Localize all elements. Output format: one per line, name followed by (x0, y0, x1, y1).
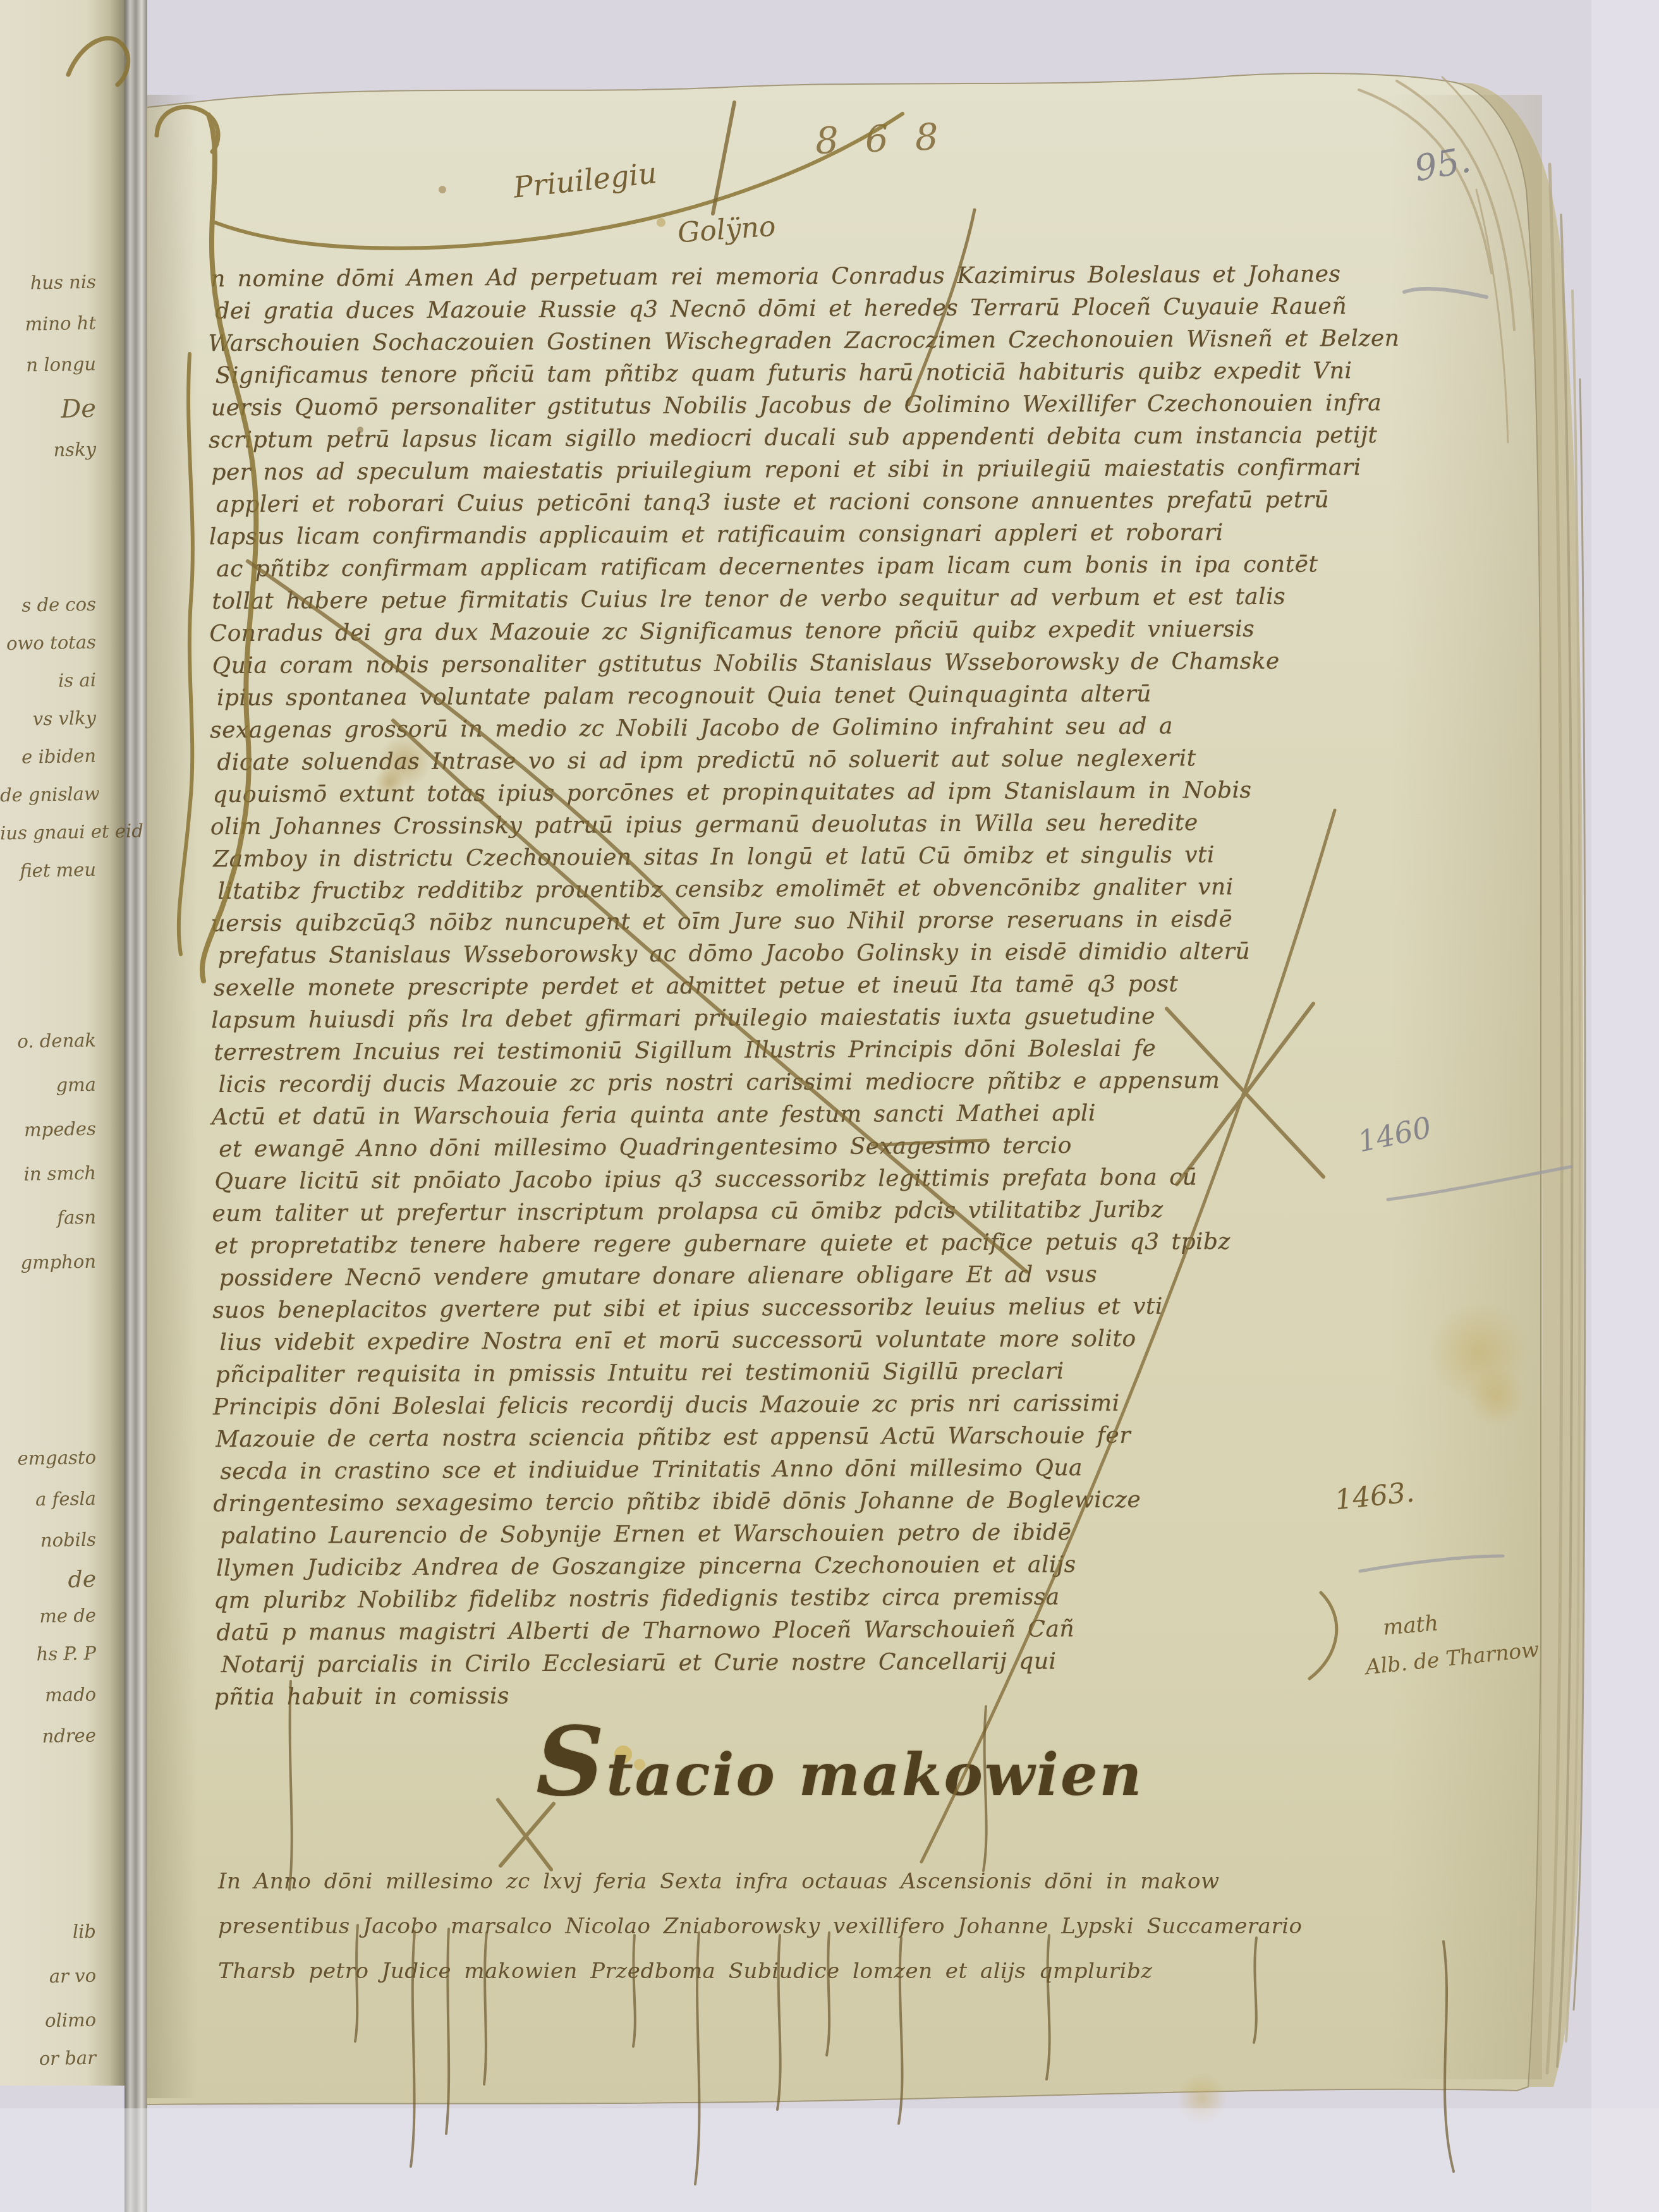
archival-number: 868 (815, 114, 966, 162)
manuscript-line: lius videbit expedire Nostra enī et morū… (219, 1322, 1420, 1359)
manuscript-line: Conradus dei gra dux Mazouie zc Signific… (209, 612, 1410, 650)
manuscript-line: dicate soluendas Intrase vo si ad ipm pr… (217, 741, 1418, 779)
facing-fragment: hus nis (0, 271, 96, 295)
facing-fragment: nobils (0, 1529, 96, 1552)
facing-fragment: olimo (0, 2009, 96, 2033)
facing-fragment: mino ht (0, 312, 96, 336)
manuscript-line: uersis quibzcūq3 nōibz nuncupent et oīm … (210, 902, 1411, 940)
manuscript-line: appleri et roborari Cuius peticōni tanq3… (216, 483, 1417, 521)
manuscript-scan: hus nis mino ht n longu De nsky s de cos… (0, 0, 1659, 2212)
manuscript-line: Mazouie de certa nostra sciencia pñtibz … (216, 1418, 1416, 1455)
manuscript-line: dei gratia duces Mazouie Russie q3 Necnō… (215, 290, 1416, 327)
facing-fragment: or bar (0, 2047, 96, 2070)
manuscript-line: licis recordij ducis Mazouie zc pris nos… (219, 1064, 1419, 1101)
facing-fragment: ndree (0, 1725, 96, 1748)
facing-fragment: fiet meu (0, 859, 96, 882)
facing-fragment: nsky (0, 439, 96, 462)
page-title-line2: Golÿno (676, 210, 777, 250)
manuscript-line: lapsum huiusdi pñs lra debet gfirmari pr… (211, 999, 1412, 1036)
facing-fragment: e ibiden (0, 745, 96, 769)
manuscript-line: ac pñtibz confirmam applicam ratificam d… (216, 548, 1417, 585)
backdrop-right (1591, 0, 1659, 2212)
manuscript-line: tollat habere petue firmitatis Cuius lre… (212, 580, 1413, 617)
manuscript-line: litatibz fructibz redditibz prouentibz c… (217, 870, 1418, 908)
facing-fragment: De (0, 394, 96, 425)
manuscript-line: Warschouien Sochaczouien Gostinen Wische… (208, 322, 1409, 360)
manuscript-line: Quia coram nobis personaliter gstitutus … (212, 645, 1413, 682)
manuscript-line: et propretatibz tenere habere regere gub… (215, 1225, 1416, 1262)
manuscript-line: Actū et datū in Warschouia feria quinta … (212, 1096, 1413, 1133)
manuscript-line: uersis Quomō personaliter gstitutus Nobi… (211, 387, 1412, 424)
manuscript-line: prefatus Stanislaus Wsseborowsky ac dōmo… (218, 935, 1419, 972)
manuscript-line: n nomine dōmi Amen Ad perpetuam rei memo… (210, 258, 1411, 295)
bottom-entry-block: In Anno dōni millesimo zc lxvj feria Sex… (218, 1859, 1419, 1994)
page-gutter-shadow (147, 95, 198, 2098)
manuscript-line: eum taliter ut prefertur inscriptum prol… (212, 1193, 1413, 1230)
manuscript-line: sexagenas grossorū in medio zc Nobili Ja… (210, 709, 1411, 746)
facing-fragment: owo totas (0, 631, 96, 655)
facing-fragment: ar vo (0, 1965, 96, 1988)
facing-fragment: mpedes (0, 1118, 96, 1141)
facing-fragment: a fesla (0, 1488, 96, 1511)
facing-fragment: gmphon (0, 1251, 96, 1274)
manuscript-line: palatino Laurencio de Sobynije Ernen et … (221, 1515, 1421, 1552)
manuscript-line: Significamus tenore pñciū tam pñtibz qua… (216, 355, 1416, 392)
facing-fragment: de (0, 1567, 96, 1595)
facing-fragment: n longu (0, 353, 96, 377)
main-text-block: n nomine dōmi Amen Ad perpetuam rei memo… (210, 258, 1418, 1713)
facing-fragment: lib (0, 1921, 96, 1944)
facing-fragment: in smch (0, 1162, 96, 1186)
entry-line: Tharsb petro Judice makowien Przedboma S… (218, 1949, 1419, 1994)
manuscript-line: olim Johannes Crossinsky patruū ipius ge… (210, 806, 1411, 843)
manuscript-line: ipius spontanea voluntate palam recognou… (217, 677, 1418, 714)
manuscript-line: et ewangē Anno dōni millesimo Quadringen… (219, 1128, 1419, 1165)
facing-fragment: o. denak (0, 1030, 96, 1053)
facing-fragment: s de cos (0, 593, 96, 617)
facing-fragment: ius gnaui et eid (0, 821, 96, 844)
manuscript-line: scriptum petrū lapsus licam sigillo medi… (209, 419, 1409, 456)
facing-fragment: fasn (0, 1206, 96, 1230)
manuscript-line: lapsus licam confirmandis applicauim et … (209, 516, 1410, 553)
manuscript-line: Notarij parcialis in Cirilo Ecclesiarū e… (221, 1644, 1422, 1681)
facing-fragment: mado (0, 1684, 96, 1707)
manuscript-line: qm pluribz Nobilibz fidelibz nostris fid… (214, 1579, 1414, 1617)
section-heading: Stacio makowien (536, 1706, 1143, 1818)
manuscript-line: Zamboy in districtu Czechonouien sitas I… (213, 838, 1414, 875)
manuscript-line: llymen Judicibz Andrea de Goszangize pin… (216, 1547, 1417, 1584)
manuscript-line: datū p manus magistri Alberti de Tharnow… (216, 1612, 1417, 1649)
manuscript-line: possidere Necnō vendere gmutare donare a… (219, 1257, 1420, 1294)
facing-fragment: hs P. P (0, 1643, 96, 1666)
facing-fragment: gma (0, 1074, 96, 1097)
manuscript-line: pñcipaliter requisita in pmissis Intuitu… (216, 1354, 1416, 1391)
manuscript-line: suos beneplacitos gvertere put sibi et i… (212, 1289, 1413, 1327)
manuscript-line: terrestrem Incuius rei testimoniū Sigill… (214, 1031, 1414, 1069)
manuscript-line: per nos ad speculum maiestatis priuilegi… (211, 451, 1412, 489)
manuscript-line: Principis dōni Boleslai felicis recordij… (213, 1386, 1414, 1423)
facing-fragment: de gnislaw (0, 783, 96, 806)
entry-line: In Anno dōni millesimo zc lxvj feria Sex… (218, 1859, 1419, 1904)
manuscript-line: quouismō extunt totas ipius porcōnes et … (213, 774, 1414, 811)
manuscript-line: dringentesimo sexagesimo tercio pñtibz i… (213, 1483, 1414, 1520)
facing-fragment: emgasto (0, 1447, 96, 1470)
facing-fragment: vs vlky (0, 707, 96, 731)
facing-fragment: me de (0, 1605, 96, 1628)
entry-line: presentibus Jacobo marsalco Nicolao Znia… (218, 1904, 1419, 1949)
manuscript-line: sexelle monete prescripte perdet et admi… (214, 967, 1414, 1004)
manuscript-line: Quare licitū sit pnōiato Jacobo ipius q3… (214, 1160, 1415, 1198)
manuscript-line: secda in crastino sce et indiuidue Trini… (220, 1450, 1421, 1488)
backdrop-bottom (0, 2108, 1659, 2212)
facing-fragment: is ai (0, 669, 96, 693)
page-holder-rod (125, 0, 147, 2212)
